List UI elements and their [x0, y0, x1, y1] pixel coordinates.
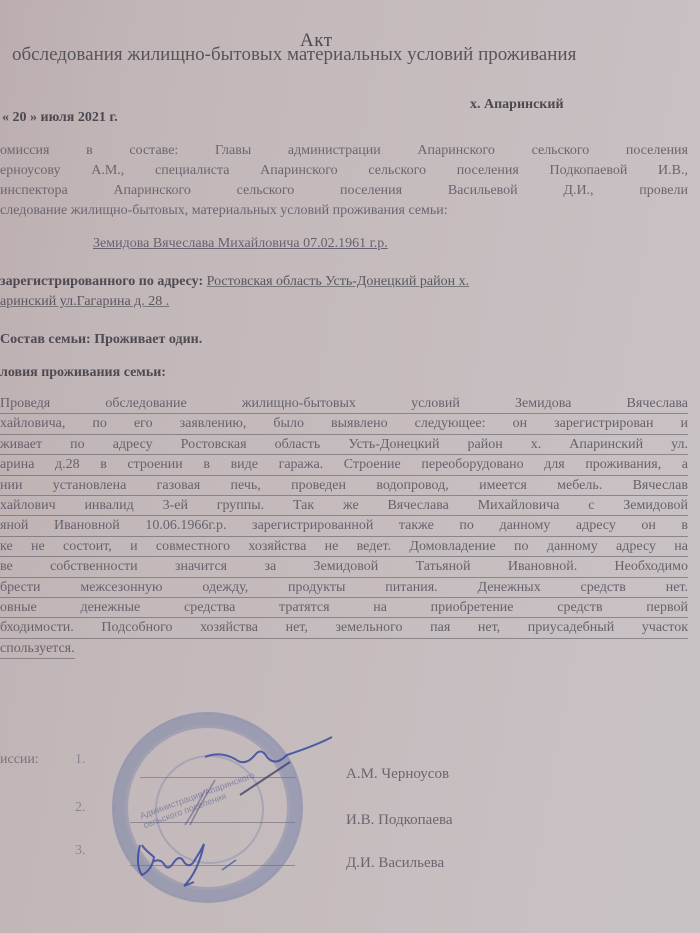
handwritten-signatures-icon	[0, 0, 700, 933]
